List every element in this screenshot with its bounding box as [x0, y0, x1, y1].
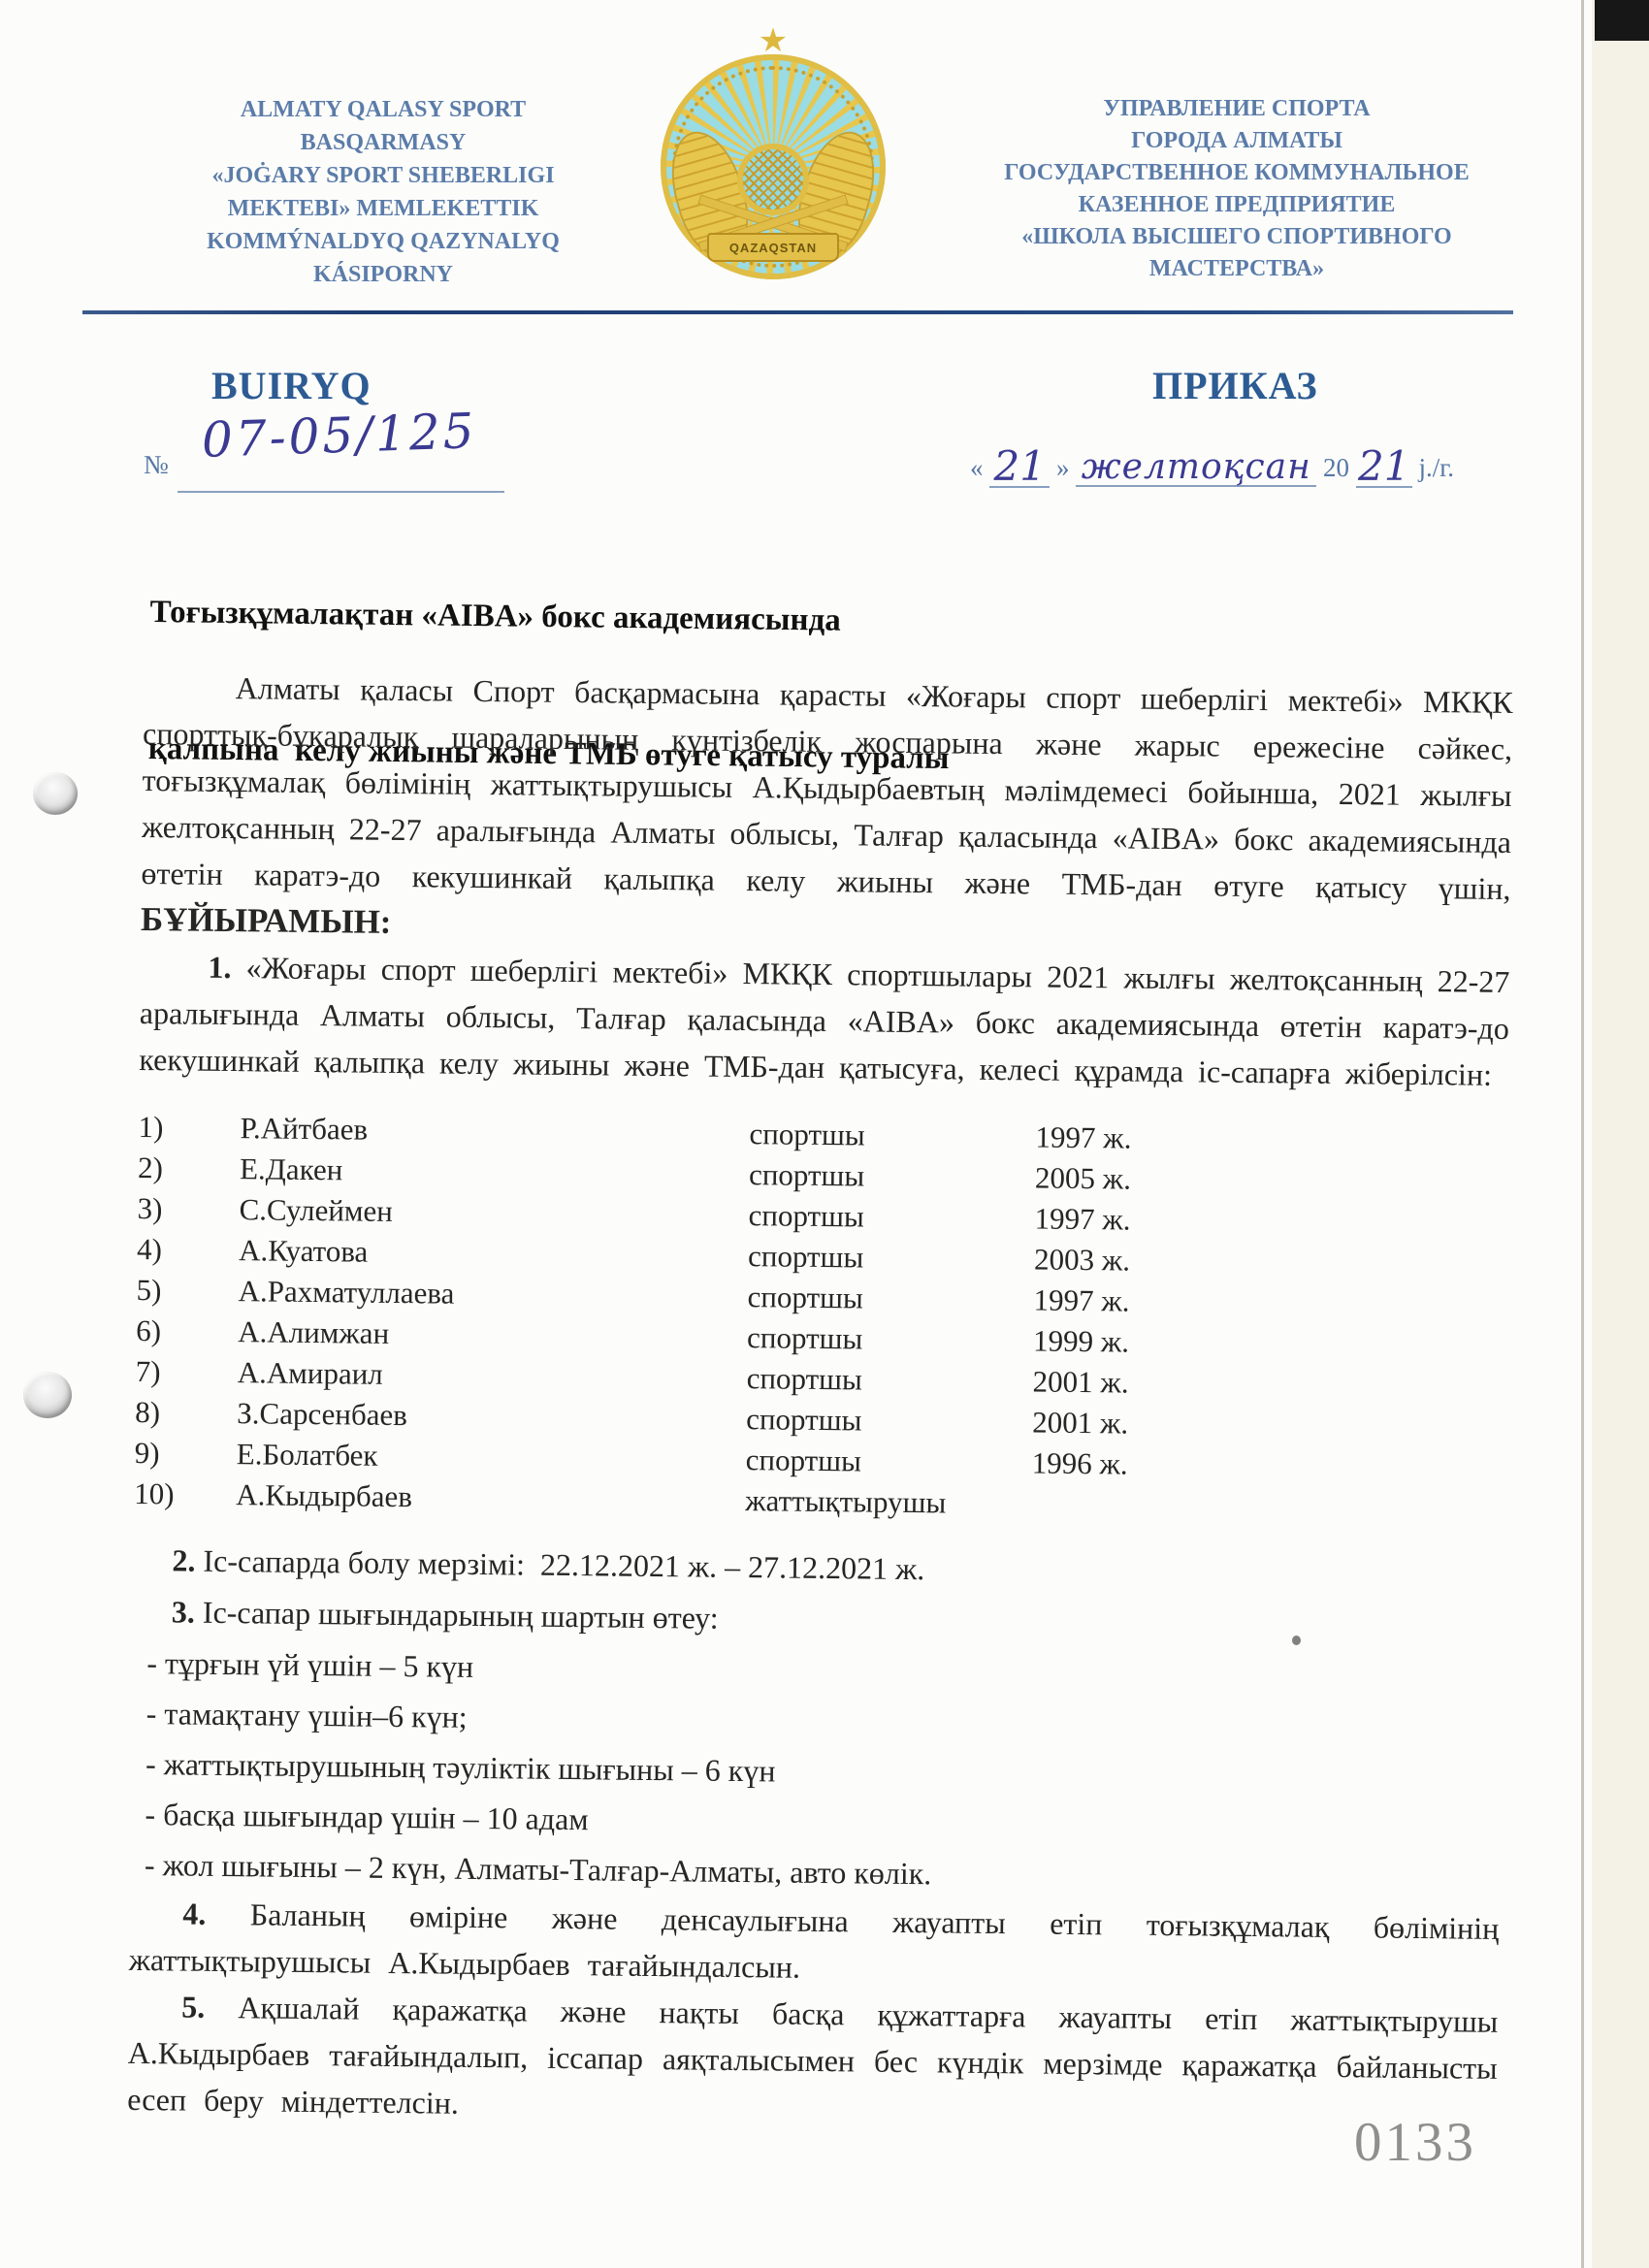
roster-num: 10): [134, 1471, 237, 1518]
order-heading-kazakh: BUIRYQ: [211, 363, 372, 408]
org-line: КАЗЕННОЕ ПРЕДПРИЯТИЕ: [955, 189, 1518, 221]
point-text: Баланың өміріне және денсаулығына жауапт…: [129, 1896, 1517, 1985]
org-line: ГОСУДАРСТВЕННОЕ КОММУНАЛЬНОЕ: [955, 157, 1518, 189]
roster-table: 1)Р.Айтбаевспортшы1997 ж. 2)Е.Дакенспорт…: [134, 1104, 1508, 1527]
page-number-stamp: 0133: [1354, 2111, 1476, 2174]
emblem-banner: QAZAQSTAN: [707, 233, 839, 262]
order-point-4: 4. Баланың өміріне және денсаулығына жау…: [129, 1890, 1500, 1998]
point-number: 2.: [172, 1542, 195, 1577]
order-point-5: 5. Ақшалай қаражатқа және нақты басқа құ…: [127, 1983, 1499, 2138]
document-title-line1: Тоғызқұмалақтан «AIBA» бокс академиясынд…: [149, 590, 1216, 648]
point-number: 5.: [181, 1990, 205, 2025]
intro-text: Алматы қаласы Спорт басқармасына қарасты…: [141, 670, 1527, 906]
date-month-handwritten: желтоқсан: [1082, 447, 1311, 487]
date-month-underline: желтоқсан: [1076, 445, 1316, 487]
order-number-underline: [178, 491, 504, 493]
order-heading-russian: ПРИКАЗ: [1152, 363, 1318, 408]
org-line: ALMATY QALASY SPORT: [141, 93, 626, 126]
roster-name: А.Кыдырбаев: [236, 1472, 746, 1524]
org-line: KOMMÝNALDYQ QAZYNALYQ: [141, 225, 626, 258]
scan-corner-black: [1595, 0, 1649, 41]
org-line: УПРАВЛЕНИЕ СПОРТА: [955, 93, 1518, 125]
org-name-kazakh: ALMATY QALASY SPORT BASQARMASY «JOĠARY S…: [141, 93, 626, 291]
date-year-handwritten: 21: [1358, 442, 1409, 490]
intro-paragraph: Алматы қаласы Спорт басқармасына қарасты…: [141, 664, 1513, 958]
scan-edge-line: [1581, 0, 1584, 2268]
org-line: MEKTEBI» MEMLEKETTIK: [141, 192, 626, 225]
date-suffix: j./г.: [1412, 453, 1454, 482]
date-day-handwritten: 21: [994, 442, 1046, 490]
point-number: 3.: [172, 1594, 195, 1629]
org-line: KÁSIPORNY: [141, 258, 626, 291]
date-year-printed: 20: [1316, 453, 1356, 482]
order-point-1: 1. «Жоғары спорт шеберлігі мектебі» МКҚК…: [139, 943, 1510, 1098]
order-number-handwritten: 07-05/125: [201, 403, 477, 469]
org-line: «ШКОЛА ВЫСШЕГО СПОРТИВНОГО: [955, 221, 1518, 253]
roster-year: [1031, 1513, 1503, 1519]
document-body: Алматы қаласы Спорт басқармасына қарасты…: [127, 664, 1513, 2138]
point-number: 1.: [208, 950, 231, 985]
org-line: МАСТЕРСТВА»: [955, 253, 1518, 285]
kazakhstan-coat-of-arms-icon: ★ QAZAQSTAN: [652, 29, 894, 283]
point-text: Іс-сапарда болу мерзімі: 22.12.2021 ж. –…: [195, 1543, 924, 1587]
date-day-underline: 21: [989, 438, 1050, 488]
org-line: BASQARMASY: [141, 126, 626, 159]
order-date-field: « 21 » желтоқсан 20 21 j./г.: [970, 438, 1454, 488]
hole-punch-top: [33, 772, 78, 815]
point-text: Ақшалай қаражатқа және нақты басқа құжат…: [127, 1990, 1515, 2121]
order-points: 2. Іс-сапарда болу мерзімі: 22.12.2021 ж…: [127, 1535, 1503, 2138]
scanned-order-document: ALMATY QALASY SPORT BASQARMASY «JOĠARY S…: [0, 0, 1649, 2268]
expense-list: - тұрғын үй үшін – 5 күн - тамақтану үші…: [130, 1637, 1503, 1905]
header-divider-rule: [82, 310, 1513, 314]
point-number: 4.: [182, 1896, 206, 1931]
date-year-underline: 21: [1356, 438, 1412, 488]
hole-punch-bottom: [23, 1372, 72, 1418]
point-text: «Жоғары спорт шеберлігі мектебі» МКҚК сп…: [139, 950, 1524, 1092]
date-open-quote: «: [970, 453, 989, 482]
emblem-shanyrak: [737, 144, 809, 215]
scan-edge-band: [1592, 0, 1649, 2268]
org-line: ГОРОДА АЛМАТЫ: [955, 125, 1518, 157]
point-text: Іс-сапар шығындарының шартын өтеу:: [195, 1595, 719, 1636]
date-close-quote: »: [1050, 453, 1076, 482]
order-number-label: №: [144, 450, 169, 480]
roster-year: 1996 ж.: [1031, 1440, 1504, 1492]
roster-role: жаттықтырушы: [745, 1477, 1032, 1527]
resolve-word: БҰЙЫРАМЫН:: [141, 900, 392, 941]
org-name-russian: УПРАВЛЕНИЕ СПОРТА ГОРОДА АЛМАТЫ ГОСУДАРС…: [955, 93, 1518, 285]
org-line: «JOĠARY SPORT SHEBERLIGI: [141, 159, 626, 192]
star-icon: ★: [759, 25, 788, 58]
